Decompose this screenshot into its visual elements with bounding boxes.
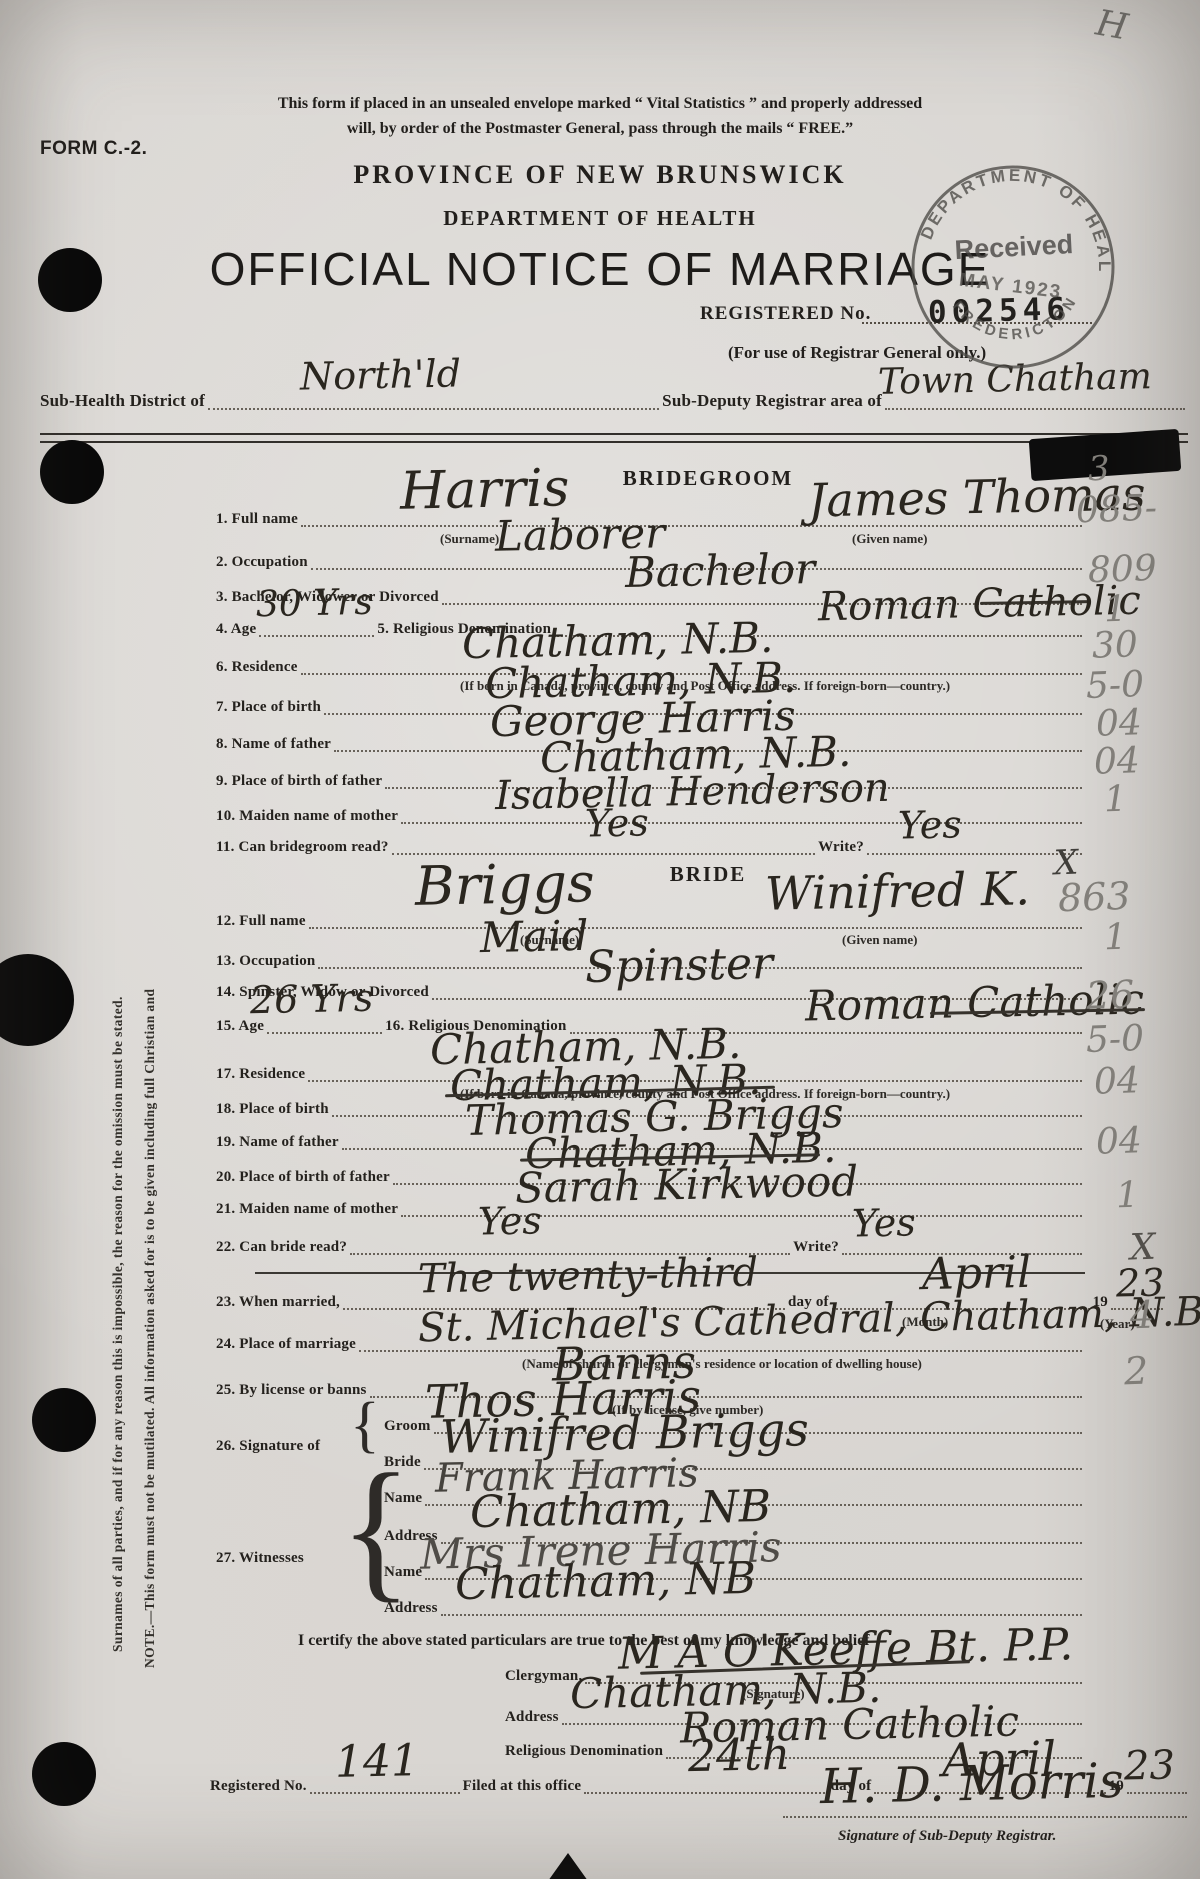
field-label: 20. Place of birth of father: [216, 1169, 390, 1186]
sub-health-value: North'ld: [300, 354, 462, 395]
margin-note-line2: Surnames of all parties, and if for any …: [110, 996, 126, 1652]
mailing-note: This form if placed in an unsealed envel…: [130, 92, 1070, 142]
margin-mark: 809: [1087, 551, 1157, 589]
write-label: Write?: [818, 839, 864, 856]
registered-no-label: REGISTERED No.: [700, 303, 871, 325]
groom-age: 30 Yrs: [256, 585, 373, 623]
dotted-line: [259, 635, 374, 637]
name-label: Name: [384, 1490, 422, 1507]
field-label: 11. Can bridegroom read?: [216, 839, 389, 856]
registered-no-bottom: 141: [335, 1739, 420, 1785]
dotted-line: [584, 1792, 827, 1794]
given-name-sublabel: (Given name): [852, 531, 927, 547]
address-label: Address: [384, 1600, 438, 1617]
mailing-note-line1: This form if placed in an unsealed envel…: [130, 92, 1070, 117]
margin-mark: 04: [1093, 1063, 1140, 1101]
margin-note-line1: NOTE.—This form must not be mutilated. A…: [142, 989, 158, 1668]
margin-mark: 1: [1115, 1178, 1139, 1215]
dotted-line: [267, 1032, 382, 1034]
margin-mark: 3: [1087, 452, 1110, 487]
filed-day: 24th: [688, 1733, 791, 1779]
sub-deputy-label: Sub-Deputy Registrar area of: [662, 391, 882, 411]
stamp-date: MAY 1923: [958, 270, 1063, 303]
margin-mark-x: X: [1129, 1230, 1156, 1267]
denomination-label: Religious Denomination: [505, 1743, 663, 1760]
bride-given-name: Winifred K.: [765, 865, 1031, 917]
name-label: Name: [384, 1564, 422, 1581]
margin-mark: 5-0: [1085, 667, 1144, 705]
field-label: 25. By license or banns: [216, 1382, 367, 1399]
field-label: 2. Occupation: [216, 554, 308, 571]
pencil-mark-h: H: [1093, 6, 1130, 47]
marriage-date-day: The twenty-third: [418, 1252, 759, 1299]
bride-marital-status: Spinster: [585, 942, 774, 990]
filed-year: 23: [1124, 1745, 1176, 1786]
dotted-line: [309, 927, 1082, 929]
margin-mark: 30: [1091, 627, 1138, 665]
margin-mark: 085-: [1075, 491, 1157, 530]
field-label: 24. Place of marriage: [216, 1336, 356, 1353]
sub-health-label: Sub-Health District of: [40, 391, 205, 411]
dotted-line: [783, 1816, 1187, 1818]
margin-mark: 5-0: [1085, 1021, 1144, 1059]
margin-mark: 04: [1095, 705, 1142, 743]
margin-mark: 863: [1057, 877, 1131, 918]
dotted-line: [441, 1614, 1082, 1616]
bride-can-read: Yes: [478, 1201, 543, 1240]
field-label: 19. Name of father: [216, 1134, 339, 1151]
registrar-signature: H. D. Morris: [820, 1757, 1125, 1811]
bride-mother-maiden-name: Sarah Kirkwood: [515, 1160, 859, 1209]
field-label: 18. Place of birth: [216, 1101, 329, 1118]
hole-punch: [32, 1388, 96, 1452]
margin-mark: 4: [1129, 1296, 1154, 1335]
witness2-address: Chatham, NB: [455, 1557, 757, 1607]
groom-can-write: Yes: [898, 805, 963, 844]
address-label: Address: [505, 1709, 559, 1726]
scan-artifact-mark: [548, 1853, 588, 1879]
field-label: 23. When married,: [216, 1294, 340, 1311]
field-label: 9. Place of birth of father: [216, 773, 382, 790]
hole-punch: [40, 440, 104, 504]
field-label: 10. Maiden name of mother: [216, 808, 398, 825]
bride-occupation: Maid: [480, 915, 589, 959]
dotted-line: [1127, 1792, 1187, 1794]
filed-label: Filed at this office: [463, 1778, 582, 1795]
field-label: 12. Full name: [216, 913, 306, 930]
field-label: 4. Age: [216, 621, 256, 638]
signature-of-label: 26. Signature of: [216, 1438, 320, 1455]
stamp-received: Received: [954, 229, 1074, 265]
field-label: 7. Place of birth: [216, 699, 321, 716]
form-number: FORM C.-2.: [40, 138, 147, 160]
marriage-date-month: April: [922, 1251, 1032, 1297]
bride-age: 26 Yrs: [250, 979, 374, 1020]
field-label: 22. Can bride read?: [216, 1239, 347, 1256]
margin-mark: 2: [1123, 1352, 1148, 1391]
dotted-line: [310, 1792, 460, 1794]
surname-sublabel: (Surname): [440, 531, 499, 547]
write-label: Write?: [793, 1239, 839, 1256]
mailing-note-line2: will, by order of the Postmaster General…: [130, 117, 1070, 142]
hole-punch: [38, 248, 102, 312]
given-name-sublabel: (Given name): [842, 932, 917, 948]
dotted-line: [301, 525, 1082, 527]
dotted-line: [401, 822, 1082, 824]
groom-surname: Harris: [399, 462, 569, 518]
groom-mother-maiden-name: Isabella Henderson: [495, 768, 890, 816]
stamp-circle-icon: [902, 156, 1125, 379]
margin-mark: 04: [1095, 1123, 1142, 1161]
field-label: 1. Full name: [216, 511, 298, 528]
margin-mark: 1: [1103, 782, 1127, 819]
field-label: 17. Residence: [216, 1066, 305, 1083]
registered-label: Registered No.: [210, 1778, 307, 1795]
margin-mark: 04: [1093, 743, 1140, 781]
bride-can-write: Yes: [852, 1203, 917, 1242]
field-label: 8. Name of father: [216, 736, 331, 753]
double-rule: [40, 433, 1188, 443]
dotted-line: [867, 853, 1082, 855]
witnesses-label: 27. Witnesses: [216, 1550, 304, 1567]
field-label: 6. Residence: [216, 659, 298, 676]
bride-surname: Briggs: [414, 856, 595, 914]
received-stamp: DEPARTMENT OF HEALTH FREDERICTON Receive…: [885, 139, 1141, 395]
groom-marital-status: Bachelor: [625, 548, 816, 594]
margin-mark: 1: [1103, 920, 1127, 957]
margin-mark: 1: [1103, 592, 1127, 629]
groom-label: Groom: [384, 1418, 431, 1435]
dotted-line: [885, 408, 1185, 410]
groom-can-read: Yes: [585, 803, 650, 842]
scanned-marriage-form: H This form if placed in an unsealed env…: [0, 0, 1200, 1879]
margin-mark: 26: [1085, 975, 1135, 1015]
bride-section-title: BRIDE: [208, 862, 1200, 887]
field-label: 13. Occupation: [216, 953, 315, 970]
registrar-signature-label: Signature of Sub-Deputy Registrar.: [838, 1828, 1056, 1845]
hole-punch: [0, 954, 74, 1046]
field-label: 21. Maiden name of mother: [216, 1201, 398, 1218]
dotted-line: [208, 408, 659, 410]
hole-punch: [32, 1742, 96, 1806]
